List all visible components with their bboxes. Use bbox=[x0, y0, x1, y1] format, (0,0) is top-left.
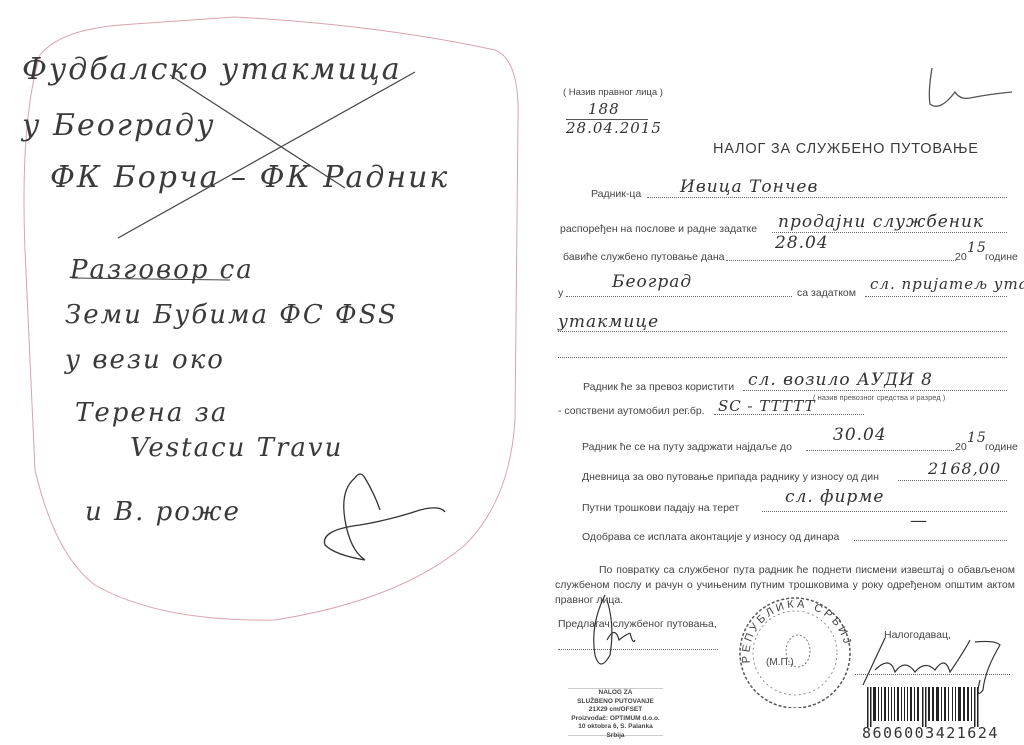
note-line-3: ФК Борча – ФК Радник bbox=[50, 160, 449, 195]
stay-year-prefix: 20 bbox=[955, 441, 967, 453]
legal-entity-caption: ( Назив правног лица ) bbox=[563, 87, 663, 98]
transport-caption: ( назив превозног средства и разред ) bbox=[813, 393, 945, 402]
travel-date-dotted-line bbox=[726, 260, 956, 261]
stay-year-suffix: 15 bbox=[967, 430, 987, 446]
printer-line-4: Proizvođač: OPTIMUM d.o.o. bbox=[568, 715, 663, 724]
stamp-placeholder-label: (М.П.) bbox=[766, 657, 794, 668]
entry-date: 28.04.2015 bbox=[566, 119, 662, 137]
costs-label: Путни трошкови падају на терет bbox=[582, 502, 739, 514]
note-line-8: Vestacu Travu bbox=[130, 433, 343, 463]
entry-number: 188 bbox=[588, 100, 620, 118]
official-stamp: РЕПУБЛИКА СРБИЈА bbox=[730, 593, 860, 708]
per-diem-dotted-line bbox=[898, 480, 1007, 481]
printer-line-3: 21X29 cm/OFSET bbox=[568, 706, 663, 715]
advance-label: Одобрава се исплата аконтације у износу … bbox=[582, 531, 839, 543]
task-value: сл. пријатељ утакмица bbox=[870, 275, 1024, 293]
note-line-4: Разговор са bbox=[70, 255, 254, 285]
corner-initial-mark bbox=[910, 62, 1020, 112]
stay-year-word: године bbox=[985, 441, 1018, 453]
issuer-signature bbox=[855, 630, 1015, 695]
costs-value: сл. фирме bbox=[785, 487, 884, 507]
own-car-label: - сопствени аутомобил рег.бр. bbox=[558, 405, 705, 417]
proposer-signature bbox=[585, 585, 655, 675]
worker-dotted-line bbox=[647, 197, 1007, 198]
svg-text:РЕПУБЛИКА СРБИЈА: РЕПУБЛИКА СРБИЈА bbox=[730, 593, 854, 664]
stay-until-dotted-line bbox=[806, 450, 954, 451]
own-car-value: SC - TTTTT bbox=[718, 397, 816, 415]
travel-year-suffix: 15 bbox=[967, 240, 987, 256]
task-continued-value: утакмице bbox=[558, 312, 659, 332]
advance-value: — bbox=[910, 511, 928, 531]
travel-year-word: године bbox=[985, 251, 1018, 263]
printer-line-6: Srbija bbox=[568, 732, 663, 741]
document-title: НАЛОГ ЗА СЛУЖБЕНО ПУТОВАЊЕ bbox=[713, 141, 979, 157]
task-dotted-line bbox=[865, 296, 1007, 297]
costs-dotted-line bbox=[762, 511, 1007, 512]
transport-dotted-line bbox=[743, 390, 1007, 391]
note-line-5: Земи Бубима ФС ФSS bbox=[65, 300, 398, 330]
printer-line-1: NALOG ZA bbox=[568, 689, 663, 698]
note-line-2: у Београду bbox=[22, 108, 215, 143]
stamp-arc-text: РЕПУБЛИКА СРБИЈА bbox=[730, 593, 854, 664]
travel-year-prefix: 20 bbox=[955, 251, 967, 263]
printer-info-box: NALOG ZA SLUŽBENO PUTOVANJE 21X29 cm/OFS… bbox=[568, 688, 663, 736]
destination-dotted-line bbox=[566, 296, 792, 297]
note-line-7: Терена за bbox=[75, 398, 228, 428]
note-line-6: у вези око bbox=[65, 345, 225, 375]
assigned-label: распоређен на послове и радне задатке bbox=[560, 223, 757, 235]
assigned-value: продајни службеник bbox=[778, 212, 984, 232]
travel-date-value: 28.04 bbox=[775, 233, 829, 253]
barcode-icon bbox=[865, 687, 997, 727]
printer-line-2: SLUŽBENO PUTOVANJE bbox=[568, 698, 663, 707]
per-diem-label: Дневница за ово путовање припада раднику… bbox=[582, 471, 879, 483]
note-line-1: Фудбалско утакмица bbox=[22, 52, 402, 87]
stay-until-value: 30.04 bbox=[833, 425, 887, 445]
barcode-number: 8606003421624 bbox=[862, 724, 999, 742]
worker-value: Ивица Тончев bbox=[680, 177, 818, 197]
travel-date-label: бавиће службено путовање дана bbox=[563, 251, 725, 263]
advance-dotted-line bbox=[854, 540, 1007, 541]
worker-label: Радник-ца bbox=[591, 188, 641, 200]
destination-value: Београд bbox=[612, 272, 692, 292]
destination-label: у bbox=[558, 287, 563, 299]
per-diem-value: 2168,00 bbox=[928, 459, 1001, 478]
printer-line-5: 10 oktobra 6, S. Palanka bbox=[568, 723, 663, 732]
blank-dotted-line bbox=[558, 357, 1007, 358]
transport-value: сл. возило АУДИ 8 bbox=[748, 370, 933, 390]
note-line-9: и В. роже bbox=[85, 497, 241, 527]
transport-label: Радник ће за превоз користити bbox=[583, 381, 734, 393]
task-label: са задатком bbox=[797, 287, 856, 299]
stay-until-label: Радник ће се на путу задржати најдаље до bbox=[582, 441, 792, 453]
